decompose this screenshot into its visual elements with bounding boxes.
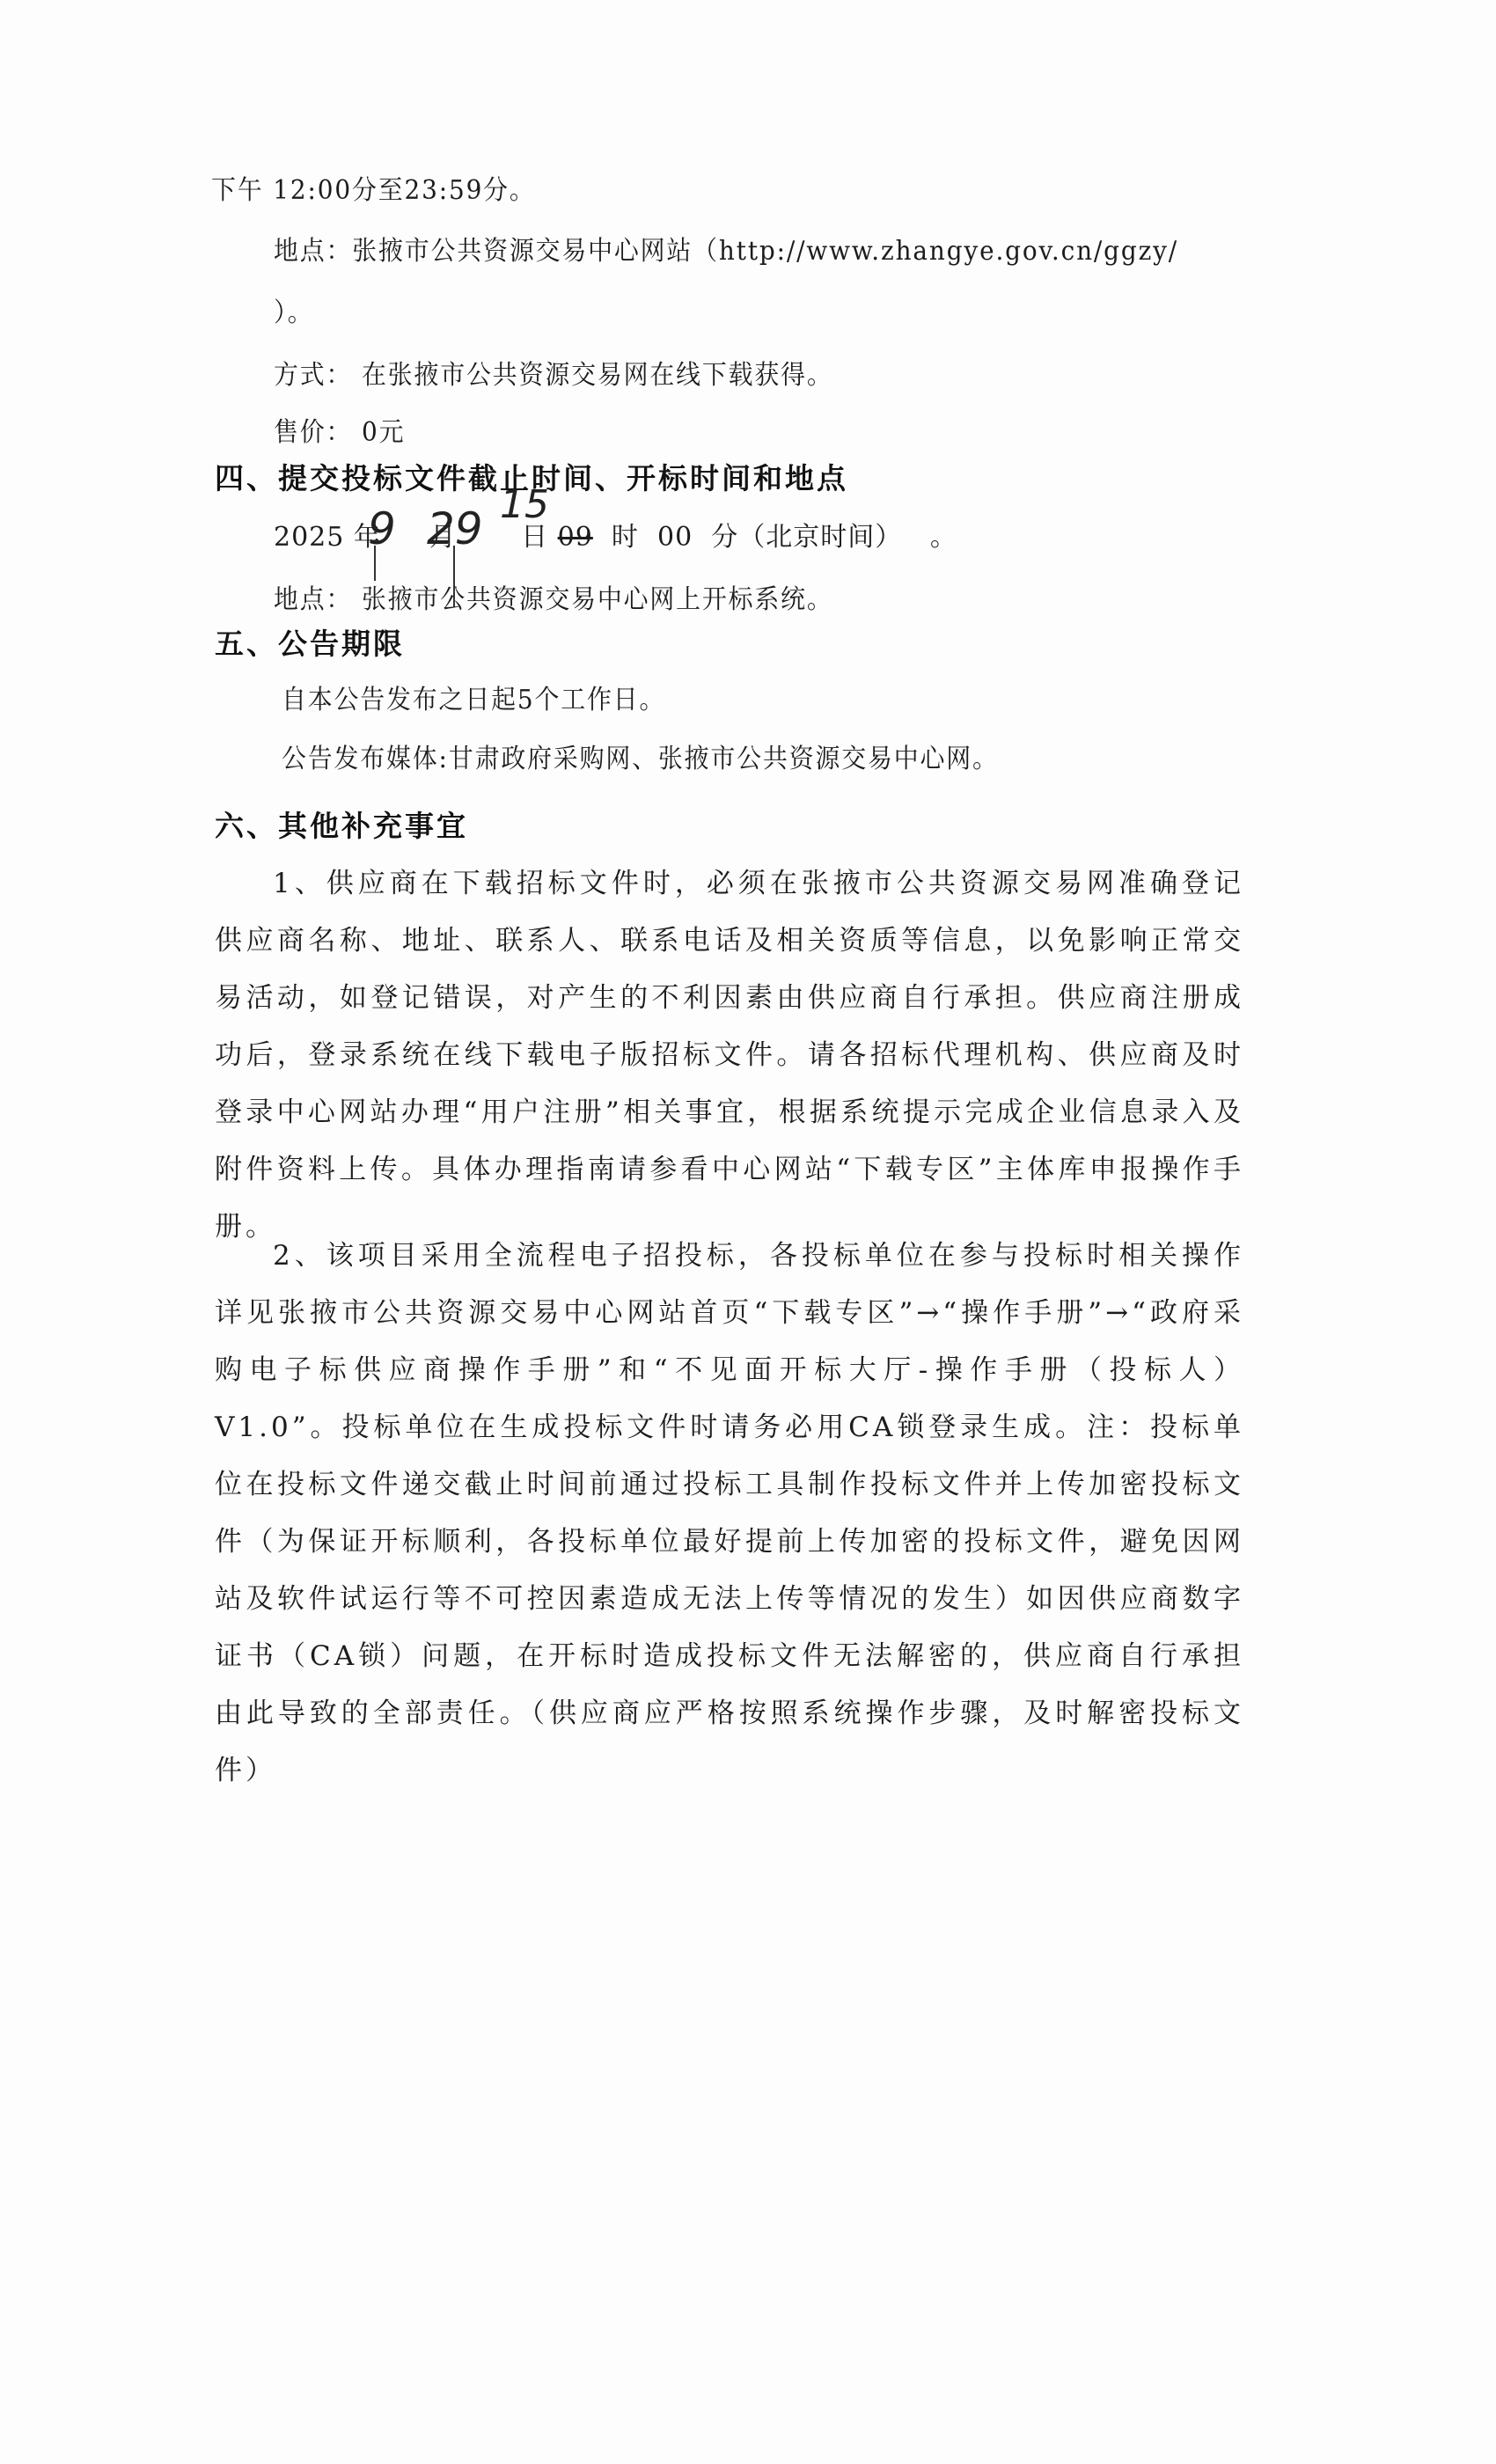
notice-media: 公告发布媒体:甘肃政府采购网、张掖市公共资源交易中心网。 xyxy=(282,742,999,777)
location-line-1: 地点：张掖市公共资源交易中心网站（http://www.zhangye.gov.… xyxy=(274,234,1178,269)
minute-label: 分 xyxy=(711,522,738,553)
price-line: 售价： 0元 xyxy=(274,415,405,451)
paragraph-text: 2、该项目采用全流程电子招投标，各投标单位在参与投标时相关操作详见张掖市公共资源… xyxy=(215,1240,1244,1786)
notice-period: 自本公告发布之日起5个工作日。 xyxy=(282,683,665,718)
timezone: （北京时间） xyxy=(738,522,902,553)
location-line-2: ）。 xyxy=(274,296,314,331)
supplement-paragraph-1: 1、供应商在下载招标文件时，必须在张掖市公共资源交易网准确登记供应商名称、地址、… xyxy=(215,855,1244,1256)
supplement-paragraph-2: 2、该项目采用全流程电子招投标，各投标单位在参与投标时相关操作详见张掖市公共资源… xyxy=(215,1228,1244,1800)
opening-location: 地点： 张掖市公共资源交易中心网上开标系统。 xyxy=(274,583,833,618)
document-page: 下午 12:00分至23:59分。 地点：张掖市公共资源交易中心网站（http:… xyxy=(0,0,1496,2464)
handwritten-month: 9 xyxy=(368,503,396,554)
section-heading-5: 五、公告期限 xyxy=(215,627,405,662)
handwritten-stroke xyxy=(374,546,376,581)
year: 2025 xyxy=(274,522,344,553)
date-line-end: 。 xyxy=(930,522,957,553)
section-heading-6: 六、其他补充事宜 xyxy=(215,809,468,844)
hour-label: 时 xyxy=(612,522,639,553)
hour-printed-struck: 09 xyxy=(558,522,593,553)
method-line: 方式： 在张掖市公共资源交易网在线下载获得。 xyxy=(274,358,833,393)
handwritten-hour: 15 xyxy=(500,482,549,527)
minute: 00 xyxy=(657,522,693,553)
continuation-line: 下午 12:00分至23:59分。 xyxy=(211,173,536,209)
paragraph-text: 1、供应商在下载招标文件时，必须在张掖市公共资源交易网准确登记供应商名称、地址、… xyxy=(215,868,1244,1243)
